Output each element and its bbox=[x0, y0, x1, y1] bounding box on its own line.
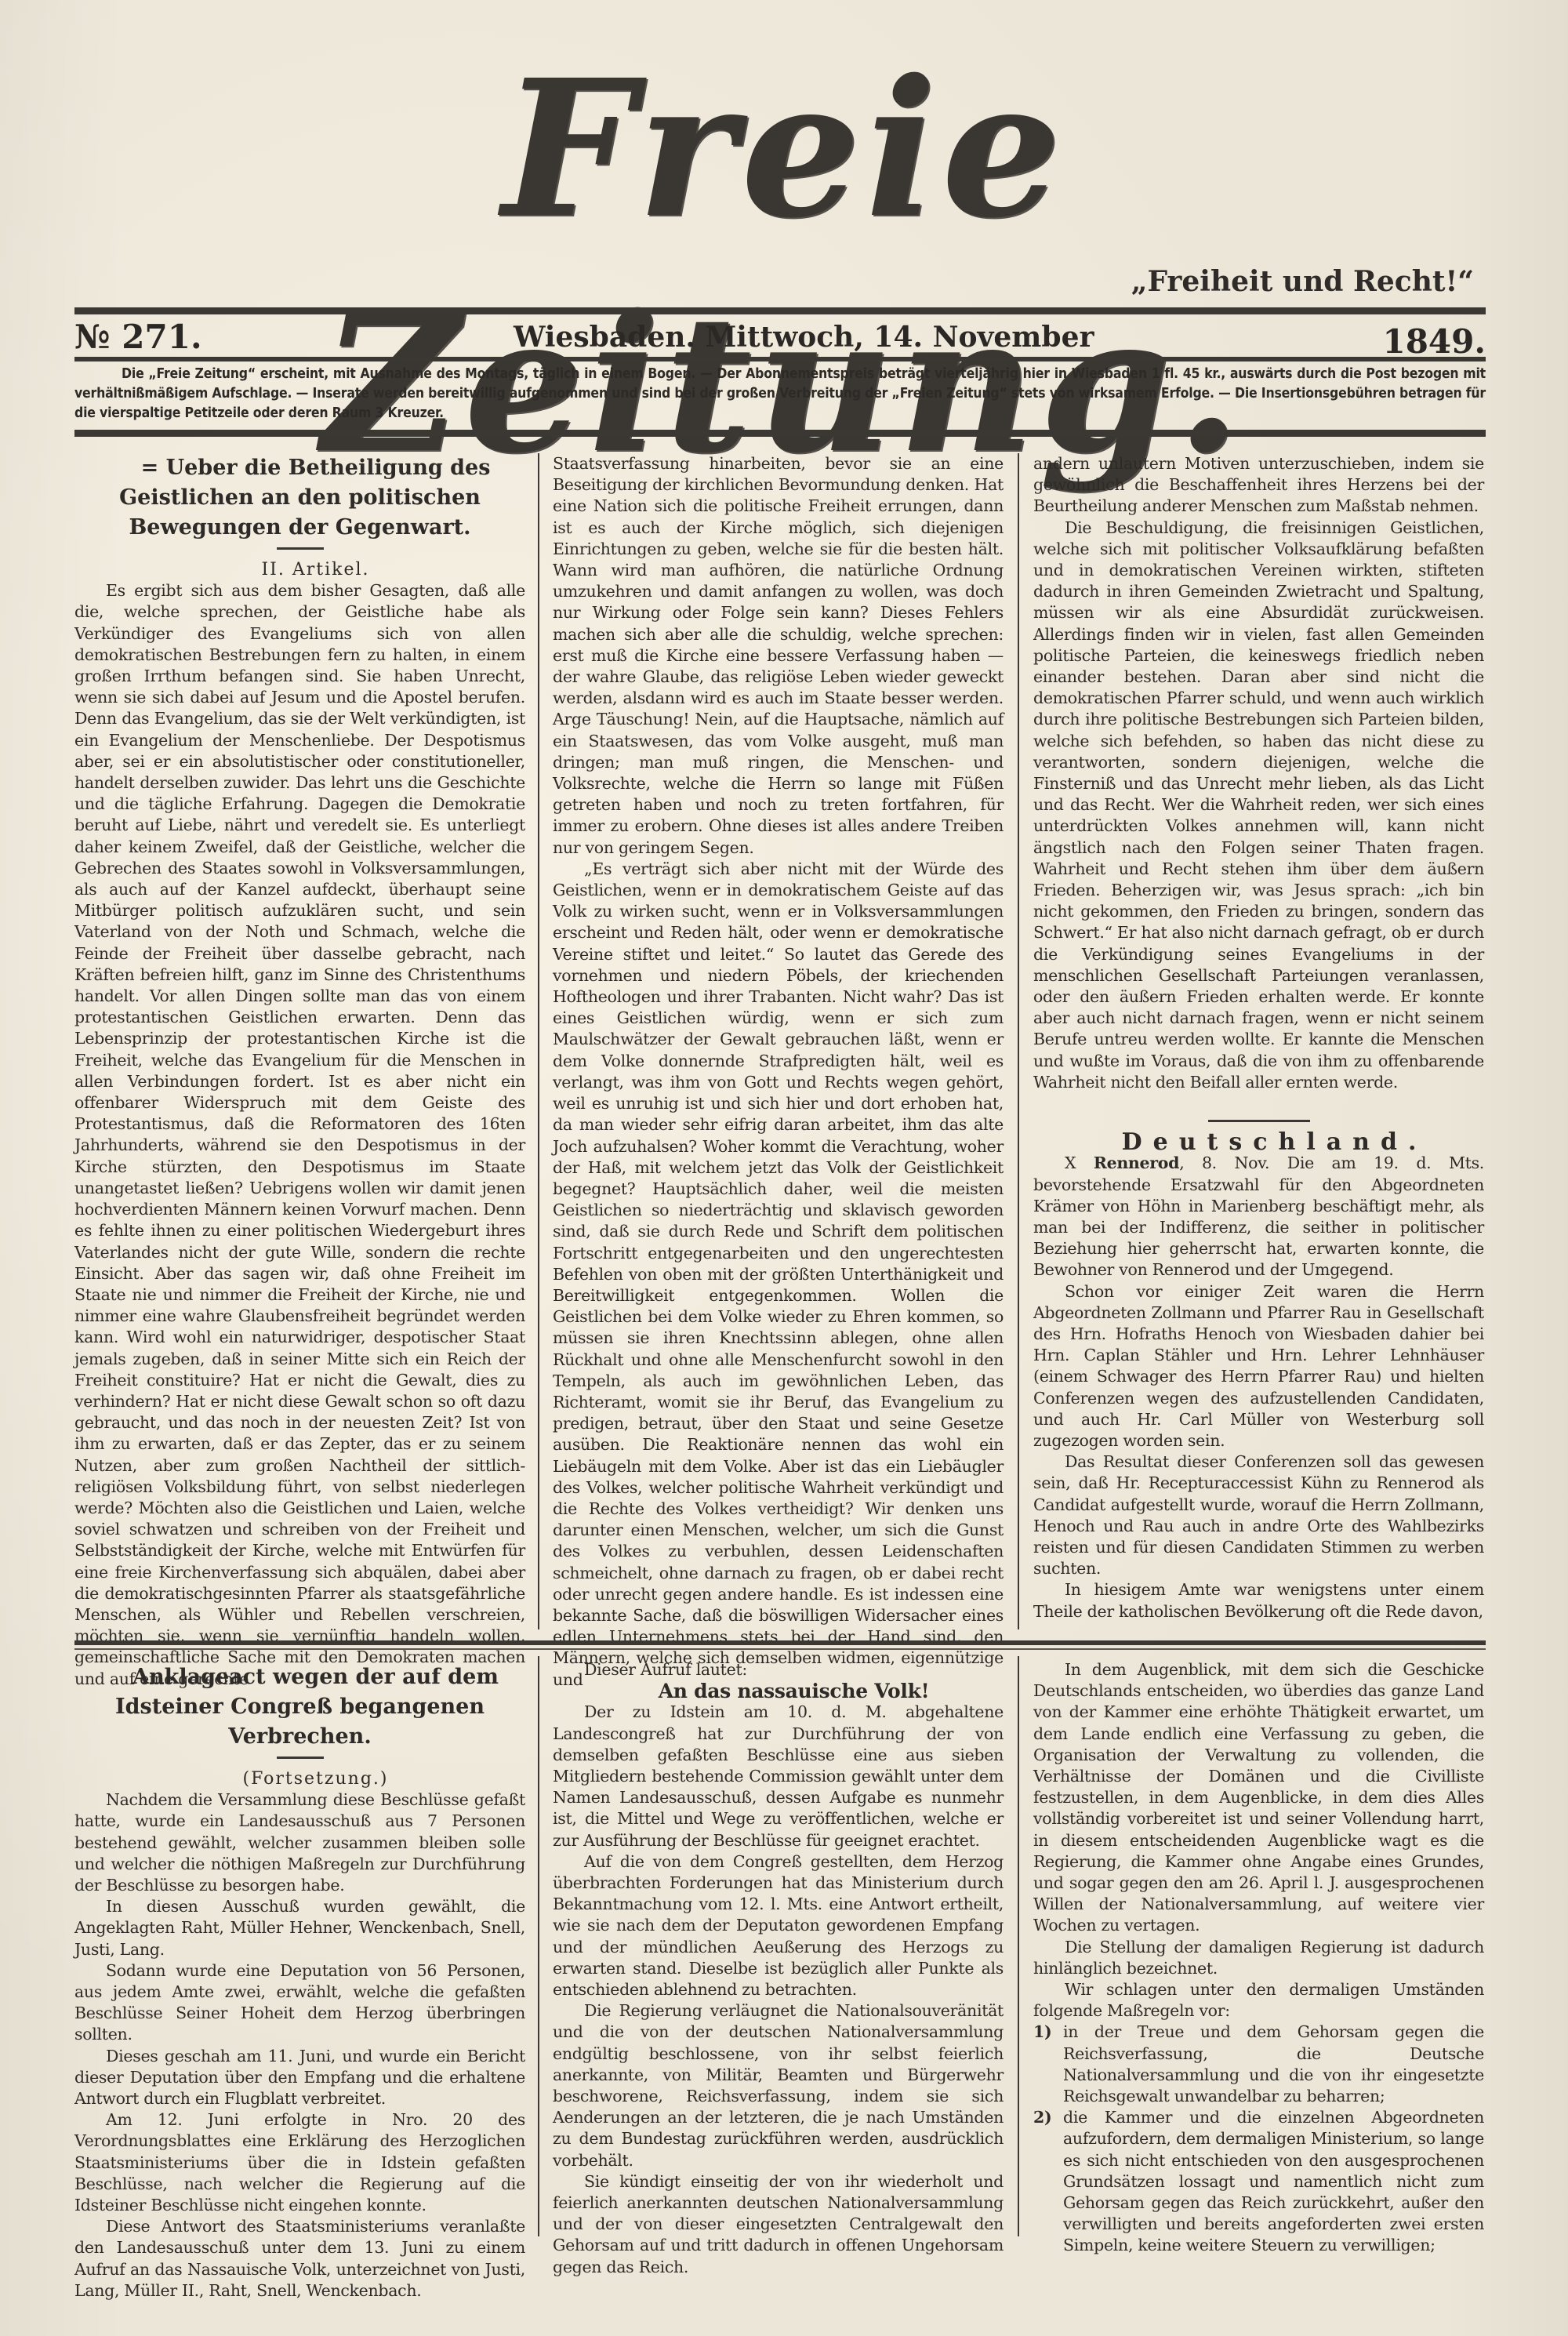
article2-paragraph: Diese Antwort des Staatsministeriums ver… bbox=[74, 2216, 525, 2301]
issue-rule-bottom bbox=[74, 357, 1486, 361]
section-divider bbox=[1208, 1120, 1310, 1122]
headline-divider bbox=[277, 1757, 324, 1759]
article2-paragraph: In diesen Ausschuß wurden gewählt, die A… bbox=[74, 1896, 525, 1960]
article2-column-1: Anklageact wegen der auf dem Idsteiner C… bbox=[74, 1662, 525, 2301]
article2-column-3: In dem Augenblick, mit dem sich die Gesc… bbox=[1033, 1659, 1484, 2257]
proposal-text: in der Treue und dem Gehorsam gegen die … bbox=[1063, 2022, 1484, 2105]
dateline-mark: X bbox=[1065, 1153, 1076, 1172]
newspaper-page: Freie Zeitung. „Freiheit und Recht!“ № 2… bbox=[0, 0, 1568, 2336]
column-divider bbox=[1018, 1656, 1019, 2236]
article1-paragraph: Die Beschuldigung, die freisinnigen Geis… bbox=[1033, 518, 1484, 1093]
proposal-number: 2) bbox=[1033, 2107, 1051, 2128]
article1-column-1: = Ueber die Betheiligung des Geistlichen… bbox=[74, 453, 525, 1690]
issue-number: № 271. bbox=[74, 318, 202, 356]
headline-divider bbox=[277, 547, 324, 550]
column-divider bbox=[538, 453, 539, 1629]
subscription-notice: Die „Freie Zeitung“ erscheint, mit Ausna… bbox=[74, 365, 1486, 423]
proclamation-paragraph: Wir schlagen unter den dermaligen Umstän… bbox=[1033, 1979, 1484, 2022]
proposal-item-2: 2) die Kammer und die einzelnen Abgeordn… bbox=[1033, 2107, 1484, 2256]
proposal-number: 1) bbox=[1033, 2022, 1051, 2043]
issue-year: 1849. bbox=[1382, 322, 1486, 361]
dateline-date: , 8. Nov. bbox=[1179, 1153, 1269, 1172]
news-paragraph: Das Resultat dieser Conferenzen soll das… bbox=[1033, 1451, 1484, 1579]
news-item-rennerod: X Rennerod, 8. Nov. Die am 19. d. Mts. b… bbox=[1033, 1153, 1484, 1281]
article2-paragraph: Nachdem die Versammlung diese Beschlüsse… bbox=[74, 1789, 525, 1896]
article2-paragraph: Sodann wurde eine Deputation von 56 Pers… bbox=[74, 1960, 525, 2046]
news-paragraph: In hiesigem Amte war wenigstens unter ei… bbox=[1033, 1579, 1484, 1622]
article2-subhead: (Fortsetzung.) bbox=[74, 1768, 525, 1789]
fold-rule-thin bbox=[74, 1648, 1486, 1650]
dateline-place: Rennerod bbox=[1094, 1153, 1179, 1172]
issue-place-date: Wiesbaden. Mittwoch, 14. November bbox=[514, 321, 1094, 354]
article1-subhead: II. Artikel. bbox=[74, 559, 525, 580]
news-paragraph: Die am 19. d. Mts. bevorstehende Ersatzw… bbox=[1033, 1153, 1484, 1279]
article1-paragraph: andern unlautern Motiven unterzuschieben… bbox=[1033, 453, 1484, 518]
proclamation-paragraph: Auf die von dem Congreß gestellten, dem … bbox=[553, 1851, 1004, 2000]
article1-paragraph: Es ergibt sich aus dem bisher Gesagten, … bbox=[74, 580, 525, 1690]
article2-paragraph: Am 12. Juni erfolgte in Nro. 20 des Vero… bbox=[74, 2109, 525, 2216]
column-divider bbox=[538, 1656, 539, 2236]
article1-column-3: andern unlautern Motiven unterzuschieben… bbox=[1033, 453, 1484, 1622]
proposal-text: die Kammer und die einzelnen Abgeordnete… bbox=[1063, 2108, 1484, 2254]
header-rule-bottom bbox=[74, 430, 1486, 437]
proclamation-paragraph: In dem Augenblick, mit dem sich die Gesc… bbox=[1033, 1659, 1484, 1937]
proclamation-title: An das nassauische Volk! bbox=[553, 1680, 1004, 1702]
proposal-item-1: 1) in der Treue und dem Gehorsam gegen d… bbox=[1033, 2022, 1484, 2107]
proclamation-paragraph: Die Regierung verläugnet die Nationalsou… bbox=[553, 2000, 1004, 2171]
column-divider bbox=[1018, 453, 1019, 1629]
article2-paragraph: Dieses geschah am 11. Juni, und wurde ei… bbox=[74, 2046, 525, 2110]
proclamation-paragraph: Der zu Idstein am 10. d. M. abgehaltene … bbox=[553, 1702, 1004, 1851]
article1-paragraph: „Es verträgt sich aber nicht mit der Wür… bbox=[553, 859, 1004, 1691]
article1-paragraph: Staatsverfassung hinarbeiten, bevor sie … bbox=[553, 453, 1004, 859]
article1-column-2: Staatsverfassung hinarbeiten, bevor sie … bbox=[553, 453, 1004, 1691]
section-title-deutschland: Deutschland. bbox=[1033, 1132, 1484, 1153]
proclamation-paragraph: Die Stellung der damaligen Regierung ist… bbox=[1033, 1937, 1484, 1979]
proclamation-intro: Dieser Aufruf lautet: bbox=[553, 1659, 1004, 1680]
news-paragraph: Schon vor einiger Zeit waren die Herrn A… bbox=[1033, 1281, 1484, 1452]
masthead-title: Freie Zeitung. bbox=[235, 31, 1333, 267]
masthead-rule-top bbox=[74, 307, 1486, 314]
masthead-motto: „Freiheit und Recht!“ bbox=[1131, 265, 1474, 298]
article2-column-2: Dieser Aufruf lautet: An das nassauische… bbox=[553, 1659, 1004, 2278]
fold-rule bbox=[74, 1640, 1486, 1645]
article2-headline: Anklageact wegen der auf dem Idsteiner C… bbox=[74, 1662, 525, 1752]
article1-headline: = Ueber die Betheiligung des Geistlichen… bbox=[74, 453, 525, 543]
proclamation-paragraph: Sie kündigt einseitig der von ihr wieder… bbox=[553, 2171, 1004, 2278]
